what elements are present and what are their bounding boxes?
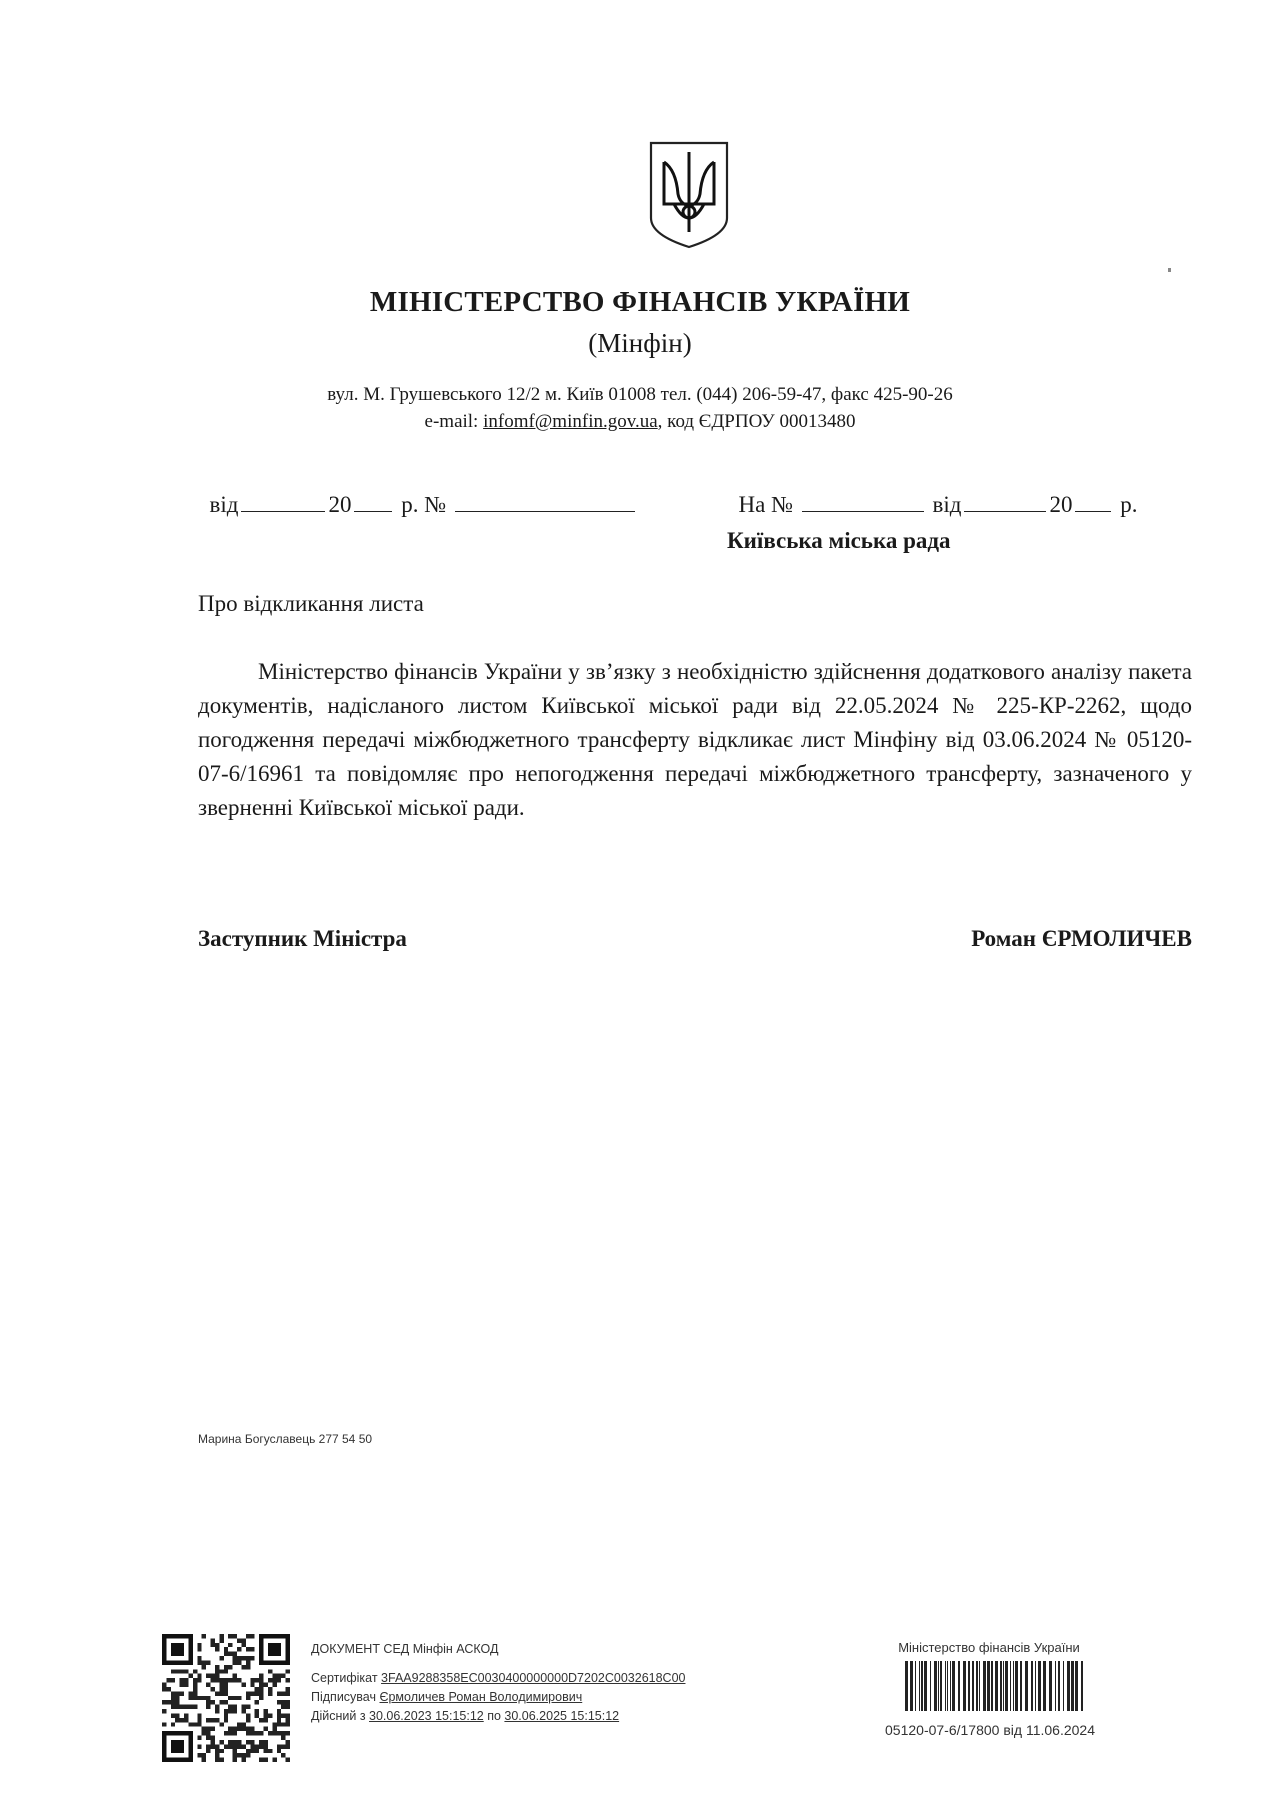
edrpou-code: , код ЄДРПОУ 00013480 — [658, 411, 856, 432]
qr-code-icon — [162, 1633, 290, 1763]
email-label: e-mail: — [425, 411, 484, 432]
reply-year-prefix: 20 — [1049, 492, 1072, 517]
reply-label: На № — [739, 492, 794, 517]
signatory-position: Заступник Міністра — [198, 926, 407, 952]
signer-name: Єрмоличев Роман Володимирович — [379, 1690, 582, 1704]
letter-body: Міністерство фінансів України у зв’язку … — [198, 655, 1192, 825]
executor-contact: Марина Богуславець 277 54 50 — [198, 1432, 372, 1446]
sed-header: ДОКУМЕНТ СЕД Мінфін АСКОД — [311, 1640, 685, 1659]
registration-number: 05120-07-6/17800 від 11.06.2024 — [850, 1722, 1130, 1738]
reply-number-blank — [802, 493, 924, 512]
reply-year-suffix: р. — [1120, 492, 1137, 517]
from-label: від — [210, 492, 239, 517]
date-blank — [241, 493, 325, 512]
ukraine-trident-icon — [648, 140, 730, 250]
valid-to-label: по — [484, 1709, 505, 1723]
valid-to: 30.06.2025 15:15:12 — [504, 1709, 619, 1723]
year-blank — [354, 493, 392, 512]
ministry-address: вул. М. Грушевського 12/2 м. Київ 01008 … — [0, 384, 1280, 406]
letter-subject: Про відкликання листа — [198, 591, 424, 617]
certificate-id: 3FAA9288358EC0030400000000D7202C0032618C… — [381, 1671, 685, 1685]
valid-label: Дійсний з — [311, 1709, 369, 1723]
incoming-registration: На № від20 р. — [727, 466, 1137, 518]
reply-date-blank — [964, 493, 1046, 512]
e-signature-block: ДОКУМЕНТ СЕД Мінфін АСКОД Сертифікат 3FA… — [311, 1640, 685, 1726]
ministry-abbreviation: (Мінфін) — [0, 328, 1280, 359]
barcode-organization: Міністерство фінансів України — [858, 1640, 1120, 1655]
number-blank — [455, 493, 635, 512]
certificate-label: Сертифікат — [311, 1671, 381, 1685]
outgoing-registration: від20 р. № — [198, 466, 638, 518]
signatory-name: Роман ЄРМОЛИЧЕВ — [971, 926, 1192, 952]
barcode-icon — [905, 1661, 1085, 1711]
ministry-name: МІНІСТЕРСТВО ФІНАНСІВ УКРАЇНИ — [0, 286, 1280, 319]
validity-row: Дійсний з 30.06.2023 15:15:12 по 30.06.2… — [311, 1707, 685, 1726]
valid-from: 30.06.2023 15:15:12 — [369, 1709, 484, 1723]
ministry-contacts: e-mail: infomf@minfin.gov.ua, код ЄДРПОУ… — [0, 411, 1280, 433]
scan-speck — [1168, 268, 1171, 272]
year-prefix: 20 — [328, 492, 351, 517]
signer-row: Підписувач Єрмоличев Роман Володимирович — [311, 1688, 685, 1707]
signer-label: Підписувач — [311, 1690, 379, 1704]
recipient: Київська міська рада — [727, 528, 951, 554]
reply-year-blank — [1075, 493, 1111, 512]
certificate-row: Сертифікат 3FAA9288358EC0030400000000D72… — [311, 1669, 685, 1688]
number-label: р. № — [401, 492, 446, 517]
email-link[interactable]: infomf@minfin.gov.ua — [483, 411, 658, 432]
reply-from-label: від — [933, 492, 962, 517]
